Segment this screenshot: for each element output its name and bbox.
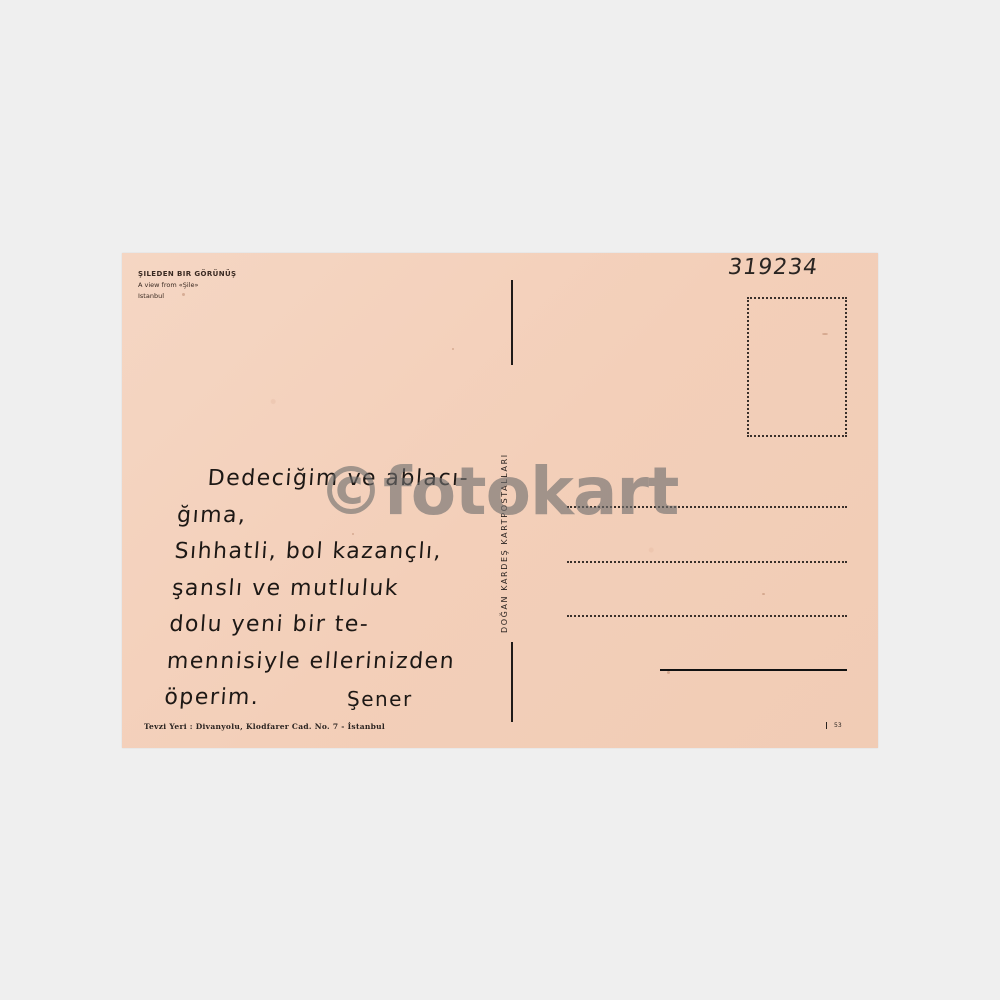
address-line <box>567 615 847 617</box>
archive-number: 319234 <box>726 255 819 280</box>
message-line: şanslı ve mutluluk <box>171 571 463 608</box>
address-line <box>660 669 847 671</box>
message-line: dolu yeni bir te- <box>168 607 460 644</box>
address-line <box>567 506 847 508</box>
caption-title: ŞILEDEN BIR GÖRÜNÜŞ <box>138 269 237 280</box>
message-line: Dedeciğim ve ablacı- <box>178 461 470 498</box>
signature: Şener <box>347 687 413 711</box>
message-line: Sıhhatli, bol kazançlı, <box>173 534 465 571</box>
address-line <box>567 561 847 563</box>
caption-city: Istanbul <box>138 291 237 302</box>
card-code: 53 <box>826 722 842 729</box>
center-divider-bottom <box>511 642 513 722</box>
stamp-box <box>747 297 847 437</box>
caption-subtitle: A view from «Şile» <box>138 280 237 291</box>
paper-speck <box>762 593 765 595</box>
paper-speck <box>452 348 454 350</box>
message-line: ğıma, <box>176 498 468 535</box>
paper-speck <box>667 671 670 674</box>
publisher-imprint: DOĞAN KARDEŞ KARTPOSTALLARI <box>500 453 509 633</box>
center-divider-top <box>511 280 513 365</box>
handwritten-message: Dedeciğim ve ablacı- ğıma, Sıhhatli, bol… <box>163 461 470 717</box>
message-line: mennisiyle ellerinizden <box>166 644 458 681</box>
photo-caption: ŞILEDEN BIR GÖRÜNÜŞ A view from «Şile» I… <box>138 269 237 302</box>
distributor-footer: Tevzi Yeri : Divanyolu, Klodfarer Cad. N… <box>144 722 385 731</box>
postcard-back: ŞILEDEN BIR GÖRÜNÜŞ A view from «Şile» I… <box>122 253 878 748</box>
